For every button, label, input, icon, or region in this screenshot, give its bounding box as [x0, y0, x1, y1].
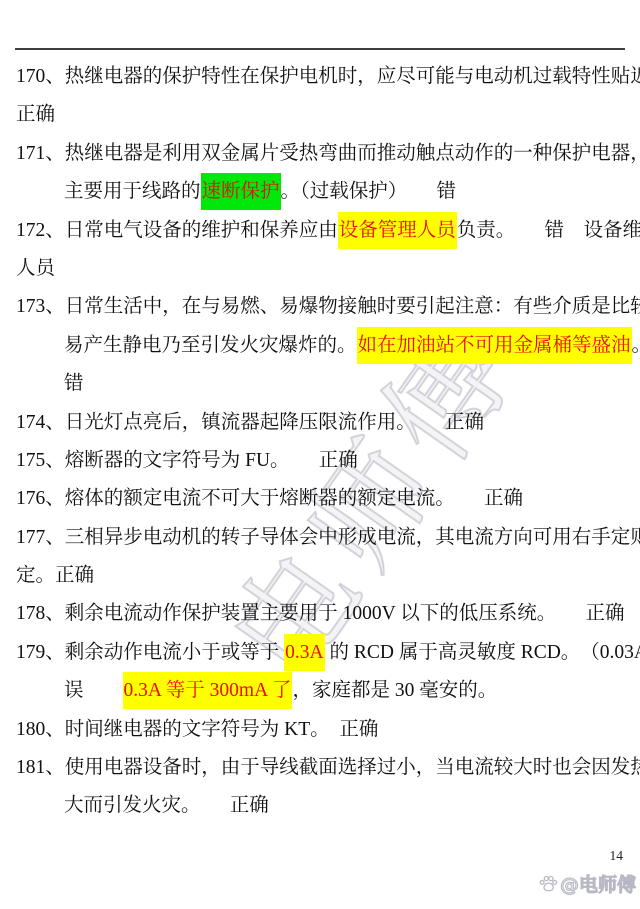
highlighted-text: 速断保护 — [201, 173, 281, 210]
document-line: 178、剩余电流动作保护装置主要用于 1000V 以下的低压系统。 正确 — [0, 595, 640, 633]
document-line: 主要用于线路的速断保护。（过载保护） 错 — [0, 173, 640, 211]
text-segment: 误 — [64, 680, 123, 701]
document-line: 177、三相异步电动机的转子导体会中形成电流，其电流方向可用右手定则判 — [0, 519, 640, 557]
text-segment: 174、日光灯点亮后，镇流器起降压限流作用。 正确 — [16, 412, 484, 433]
document-body: 170、热继电器的保护特性在保护电机时，应尽可能与电动机过载特性贴近。正确171… — [0, 58, 640, 826]
document-line: 易产生静电乃至引发火灾爆炸的。如在加油站不可用金属桶等盛油。 — [0, 327, 640, 365]
text-segment: 180、时间继电器的文字符号为 KT。 正确 — [16, 719, 378, 740]
document-line: 181、使用电器设备时，由于导线截面选择过小，当电流较大时也会因发热过 — [0, 749, 640, 787]
text-segment: 。（过载保护） 错 — [281, 181, 457, 202]
text-segment: 正确 — [16, 104, 55, 125]
document-line: 172、日常电气设备的维护和保养应由设备管理人员负责。 错 设备维修 — [0, 212, 640, 250]
text-segment: 的 RCD 属于高灵敏度 RCD。 （0.03A）错 — [325, 642, 640, 663]
text-segment: 定。正确 — [16, 565, 94, 586]
page-number: 14 — [610, 848, 624, 864]
text-segment: 大而引发火灾。 正确 — [64, 795, 269, 816]
text-segment: 179、剩余动作电流小于或等于 — [16, 642, 284, 663]
text-segment: 171、热继电器是利用双金属片受热弯曲而推动触点动作的一种保护电器，它 — [16, 143, 640, 164]
text-segment: 人员 — [16, 258, 55, 279]
text-segment: 175、熔断器的文字符号为 FU。 正确 — [16, 450, 358, 471]
text-segment: 173、日常生活中，在与易燃、易爆物接触时要引起注意：有些介质是比较容 — [16, 296, 640, 317]
document-line: 174、日光灯点亮后，镇流器起降压限流作用。 正确 — [0, 404, 640, 442]
document-line: 定。正确 — [0, 557, 640, 595]
document-line: 170、热继电器的保护特性在保护电机时，应尽可能与电动机过载特性贴近。 — [0, 58, 640, 96]
text-segment: ，家庭都是 30 毫安的。 — [292, 680, 497, 701]
highlighted-text: 如在加油站不可用金属桶等盛油 — [357, 327, 632, 364]
text-segment: 172、日常电气设备的维护和保养应由 — [16, 220, 338, 241]
document-line: 误 0.3A 等于 300mA 了，家庭都是 30 毫安的。 — [0, 672, 640, 710]
text-segment: 易产生静电乃至引发火灾爆炸的。 — [64, 335, 357, 356]
text-segment: 181、使用电器设备时，由于导线截面选择过小，当电流较大时也会因发热过 — [16, 757, 640, 778]
header-rule — [15, 48, 625, 50]
document-line: 179、剩余动作电流小于或等于 0.3A 的 RCD 属于高灵敏度 RCD。 （… — [0, 634, 640, 672]
document-line: 正确 — [0, 96, 640, 134]
document-line: 人员 — [0, 250, 640, 288]
document-line: 180、时间继电器的文字符号为 KT。 正确 — [0, 711, 640, 749]
text-segment: 负责。 错 设备维修 — [457, 220, 640, 241]
document-line: 171、热继电器是利用双金属片受热弯曲而推动触点动作的一种保护电器，它 — [0, 135, 640, 173]
text-segment: 错 — [64, 373, 84, 394]
highlighted-text: 0.3A 等于 300mA 了 — [123, 672, 293, 709]
corner-watermark-text: @电师傅 — [560, 870, 636, 897]
highlighted-text: 设备管理人员 — [338, 212, 457, 249]
text-segment: 177、三相异步电动机的转子导体会中形成电流，其电流方向可用右手定则判 — [16, 527, 640, 548]
text-segment: 主要用于线路的 — [64, 181, 201, 202]
document-line: 大而引发火灾。 正确 — [0, 787, 640, 825]
document-line: 错 — [0, 365, 640, 403]
corner-watermark: @电师傅 — [538, 870, 636, 897]
text-segment: 170、热继电器的保护特性在保护电机时，应尽可能与电动机过载特性贴近。 — [16, 66, 640, 87]
highlighted-text: 0.3A — [284, 634, 324, 671]
paw-icon — [538, 874, 558, 894]
text-segment: 178、剩余电流动作保护装置主要用于 1000V 以下的低压系统。 正确 — [16, 603, 624, 624]
document-line: 175、熔断器的文字符号为 FU。 正确 — [0, 442, 640, 480]
text-segment: 176、熔体的额定电流不可大于熔断器的额定电流。 正确 — [16, 488, 523, 509]
text-segment: 。 — [632, 335, 640, 356]
document-line: 173、日常生活中，在与易燃、易爆物接触时要引起注意：有些介质是比较容 — [0, 288, 640, 326]
document-line: 176、熔体的额定电流不可大于熔断器的额定电流。 正确 — [0, 480, 640, 518]
